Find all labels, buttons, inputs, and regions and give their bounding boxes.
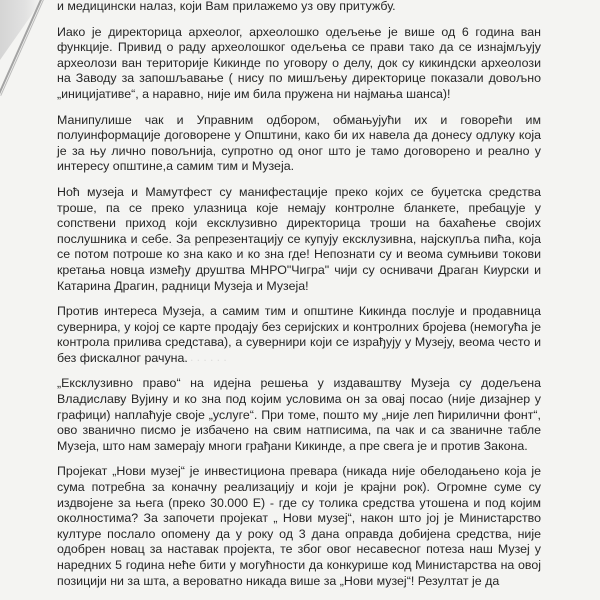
paragraph-exclusive-rights: „Ексклузивно право“ на идејна решења у и… [57,376,541,454]
paragraph-souvenir-shop: Против интереса Музеја, а самим тим и оп… [57,304,541,366]
paragraph-museum-night-mamutfest: Ноћ музеја и Мамутфест су манифестације … [57,185,541,294]
paragraph-archaeology-department: Иако је директорица археолог, археолошко… [57,25,541,103]
paragraph-attachment-note: и медицински налаз, који Вам прилажемо у… [57,0,541,15]
paragraph-new-museum-project: Пројекат „Нови музеј“ је инвестициона пр… [57,464,541,589]
scanned-document-page: . . . . . . . . . . . . . . . . . . . . … [0,0,600,600]
document-body: и медицински налаз, који Вам прилажемо у… [57,0,541,599]
paragraph-board-manipulation: Манипулише чак и Управним одбором, обмањ… [57,113,541,175]
